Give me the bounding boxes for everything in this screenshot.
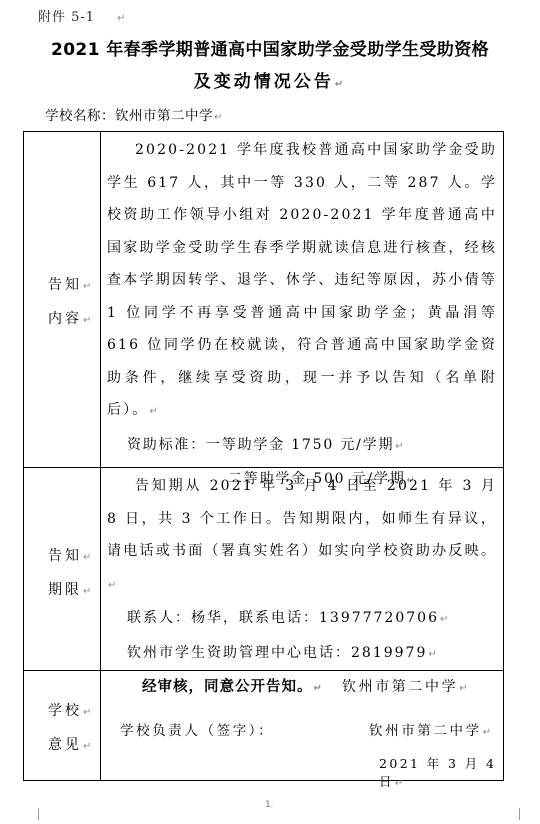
school-name-line: 学校名称：钦州市第二中学↵ [45, 104, 223, 124]
school-name-text: 学校名称：钦州市第二中学 [45, 108, 213, 124]
contact-line: 联系人：杨华，联系电话：13977720706↵ [101, 602, 503, 637]
signature-school: 钦州市第二中学↵ [369, 719, 494, 739]
paragraph-mark-icon: ↵ [428, 649, 438, 660]
paragraph-mark-icon: ↵ [335, 79, 346, 90]
label-line-2: 意见 [48, 737, 82, 753]
paragraph-mark-icon: ↵ [83, 586, 94, 597]
content-cell: 2020-2021 学年度我校普通高中国家助学金受助学生 617 人，其中一等 … [101, 132, 503, 467]
label-line-2: 期限 [48, 582, 82, 598]
label-line-1: 告知 [48, 548, 82, 564]
approval-text: 经审核，同意公开告知。 [142, 679, 313, 695]
paragraph-mark-icon: ↵ [83, 707, 94, 718]
paragraph-mark-icon: ↵ [83, 281, 94, 292]
page-number: 1. [265, 800, 273, 810]
label-cell: 学校↵ 意见↵ [24, 671, 101, 781]
approval-statement: 经审核，同意公开告知。↵ [142, 675, 323, 696]
document-title-line-2: 及变动情况公告↵ [0, 67, 540, 92]
paragraph-mark-icon: ↵ [440, 614, 450, 625]
document-title-line-1: 2021 年春季学期普通高中国家助学金受助学生受助资格 [0, 35, 540, 60]
content-cell: 经审核，同意公开告知。↵ 学校负责人（签字）： 钦州市第二中学↵ 2021 年 … [101, 671, 503, 781]
title-line-2-text: 及变动情况公告 [194, 72, 334, 92]
label-line-1: 告知 [48, 277, 82, 293]
standard-line-1: 资助标准：一等助学金 1750 元/学期↵ [101, 429, 503, 464]
standard-line-1-text: 资助标准：一等助学金 1750 元/学期 [127, 437, 394, 453]
paragraph-mark-icon: ↵ [108, 580, 119, 591]
period-paragraph-text: 告知期从 2021 年 3 月 4 日至 2021 年 3 月 8 日，共 3 … [107, 478, 497, 559]
notice-table: 告知↵ 内容↵ 2020-2021 学年度我校普通高中国家助学金受助学生 617… [23, 131, 504, 781]
period-paragraph: 告知期从 2021 年 3 月 4 日至 2021 年 3 月 8 日，共 3 … [101, 468, 503, 602]
notice-paragraph-text: 2020-2021 学年度我校普通高中国家助学金受助学生 617 人，其中一等 … [107, 142, 497, 418]
paragraph-mark-icon: ↵ [83, 552, 94, 563]
notice-paragraph: 2020-2021 学年度我校普通高中国家助学金受助学生 617 人，其中一等 … [101, 132, 503, 429]
left-margin-marker [38, 808, 39, 820]
right-margin-marker [519, 808, 520, 820]
attachment-text: 附件 5-1 [38, 10, 95, 25]
paragraph-mark-icon: ↵ [314, 683, 323, 694]
paragraph-mark-icon: ↵ [149, 406, 160, 417]
signature-date: 2021 年 3 月 4 日↵ [379, 754, 503, 790]
center-phone-text: 钦州市学生资助管理中心电话：2819979 [127, 645, 427, 661]
paragraph-mark-icon: ↵ [395, 441, 405, 452]
signature-label: 学校负责人（签字）： [120, 719, 274, 739]
paragraph-mark-icon: ↵ [83, 315, 94, 326]
label-line-2: 内容 [48, 311, 82, 327]
row-notice-period: 告知↵ 期限↵ 告知期从 2021 年 3 月 4 日至 2021 年 3 月 … [24, 467, 503, 670]
signature-school-text: 钦州市第二中学 [369, 723, 482, 739]
paragraph-mark-icon: ↵ [214, 112, 223, 123]
paragraph-mark-icon: ↵ [83, 741, 94, 752]
row-label: 告知↵ 期限↵ [48, 540, 94, 608]
content-cell: 告知期从 2021 年 3 月 4 日至 2021 年 3 月 8 日，共 3 … [101, 468, 503, 670]
label-cell: 告知↵ 期限↵ [24, 468, 101, 670]
contact-line-text: 联系人：杨华，联系电话：13977720706 [127, 610, 439, 626]
label-cell: 告知↵ 内容↵ [24, 132, 101, 467]
row-school-opinion: 学校↵ 意见↵ 经审核，同意公开告知。↵ 学校负责人（签字）： 钦州市第二中学↵… [24, 670, 503, 781]
paragraph-mark-icon: ↵ [483, 727, 494, 738]
attachment-label: 附件 5-1↵ [38, 6, 126, 25]
center-phone-line: 钦州市学生资助管理中心电话：2819979↵ [101, 637, 503, 672]
paragraph-mark-icon: ↵ [117, 13, 126, 24]
row-label: 告知↵ 内容↵ [48, 269, 94, 337]
row-label: 学校↵ 意见↵ [48, 695, 94, 763]
row-notice-content: 告知↵ 内容↵ 2020-2021 学年度我校普通高中国家助学金受助学生 617… [24, 132, 503, 467]
label-line-1: 学校 [48, 703, 82, 719]
paragraph-mark-icon: ↵ [395, 778, 406, 789]
